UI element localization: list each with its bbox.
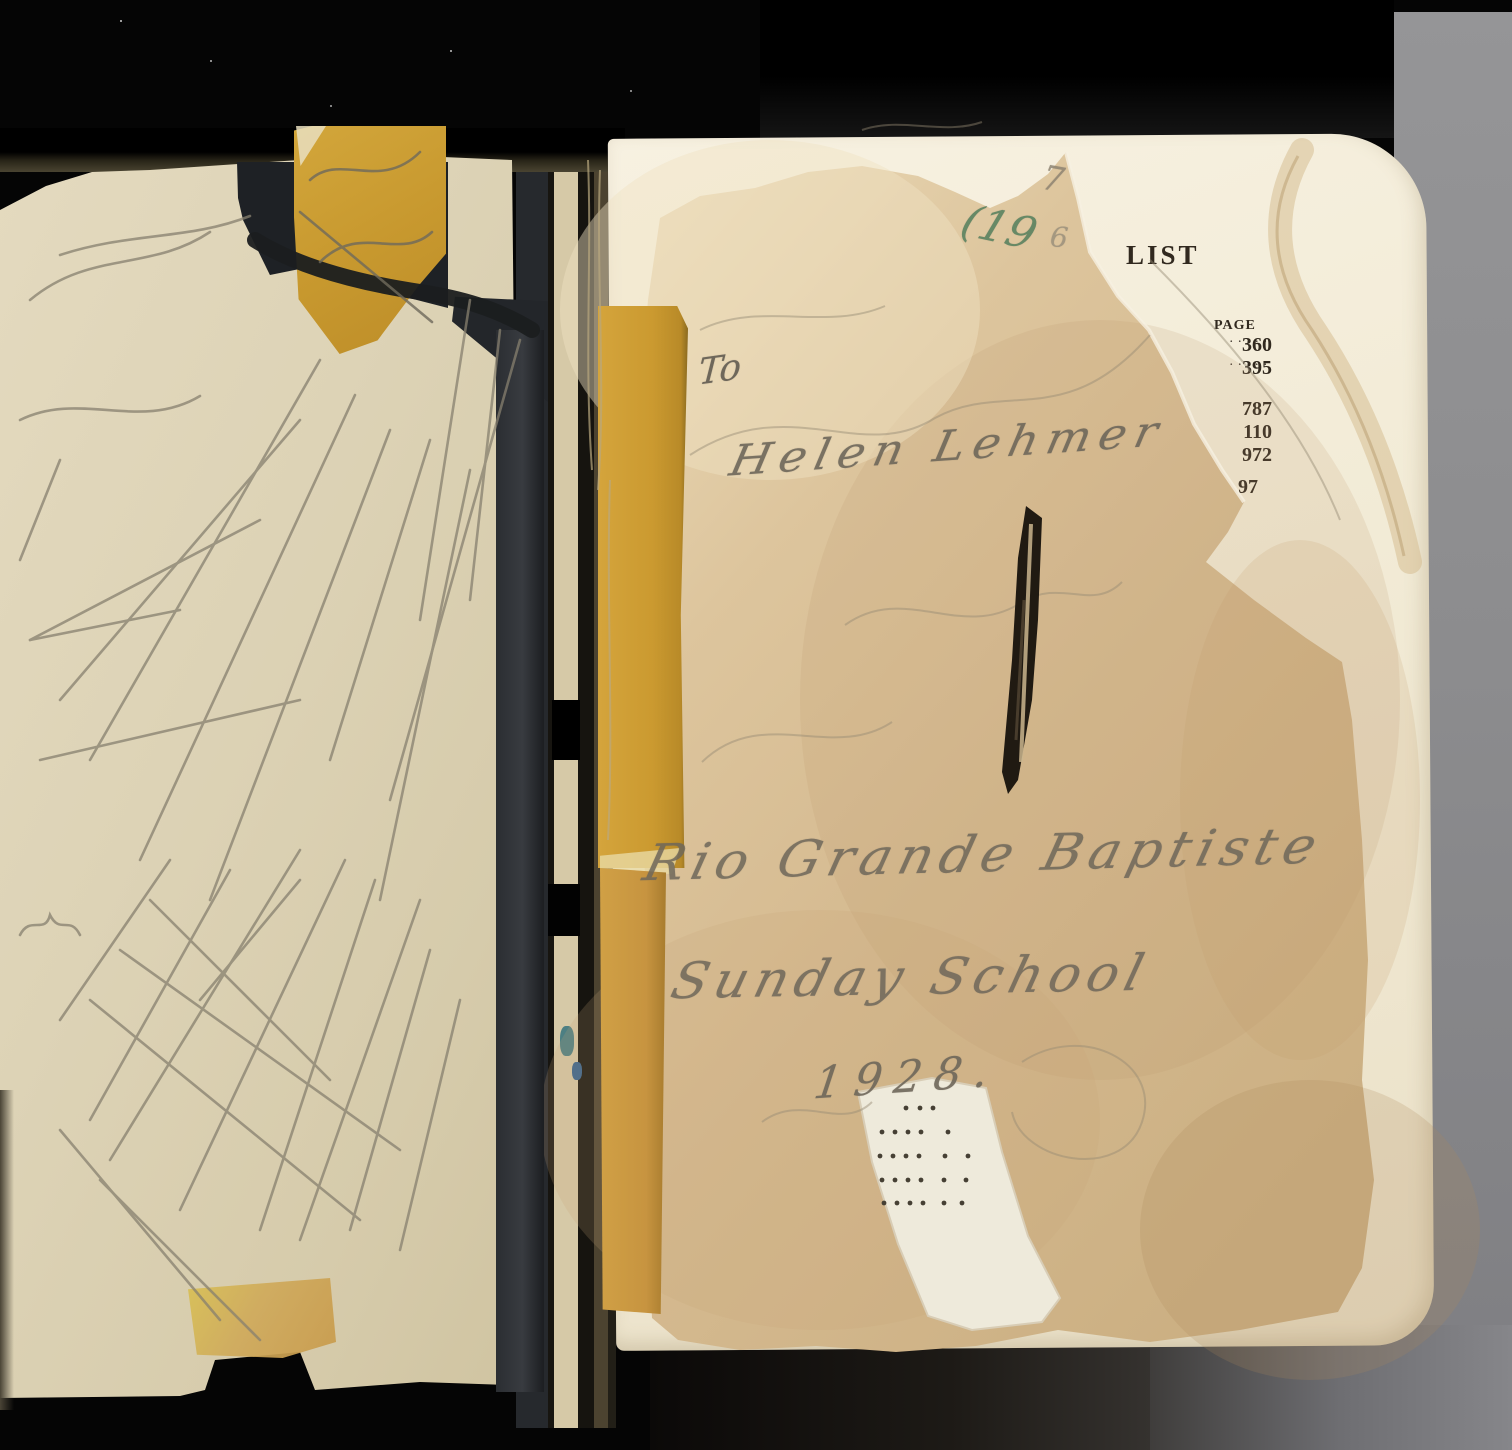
page-number: 787 [1242,398,1272,421]
shadow-below-book [650,1335,1150,1450]
inscription-sunday-school: Sunday School [665,944,1155,1011]
page-number-row: 972 [1146,444,1272,467]
page-number-partial: 97 [1238,476,1258,499]
spine-color-speck [572,1062,582,1080]
tape-strip-right-page-upper [598,306,688,868]
row-gap [1146,380,1272,398]
spine-gap [548,884,580,936]
page-number: 972 [1242,444,1272,467]
dedication-to: To [697,346,742,394]
spine-gap [552,700,580,760]
tape-piece-left-page-bottom [188,1278,336,1358]
left-endpaper-page [0,148,540,1414]
page-number-row: ..... 395 [1146,357,1272,380]
cover-gap-strip [496,330,544,1392]
pencil-corner-mark-6: 6 [1049,220,1070,255]
page-number: 110 [1243,421,1272,444]
book-scan: LIST PAGE ..... 360 ..... 395 787 110 97… [0,0,1512,1450]
tape-strip-right-page-lower [600,868,666,1314]
dust-speckles [120,20,122,22]
left-page-edge-shadow [0,1090,14,1410]
printed-page-number-column: ..... 360 ..... 395 787 110 972 [1146,334,1272,467]
printed-under-page [608,133,1434,1351]
spine-color-speck [560,1026,574,1056]
cover-top-sheen [760,0,1394,138]
printed-list-heading: LIST [1126,240,1200,271]
page-number: 395 [1242,357,1272,380]
